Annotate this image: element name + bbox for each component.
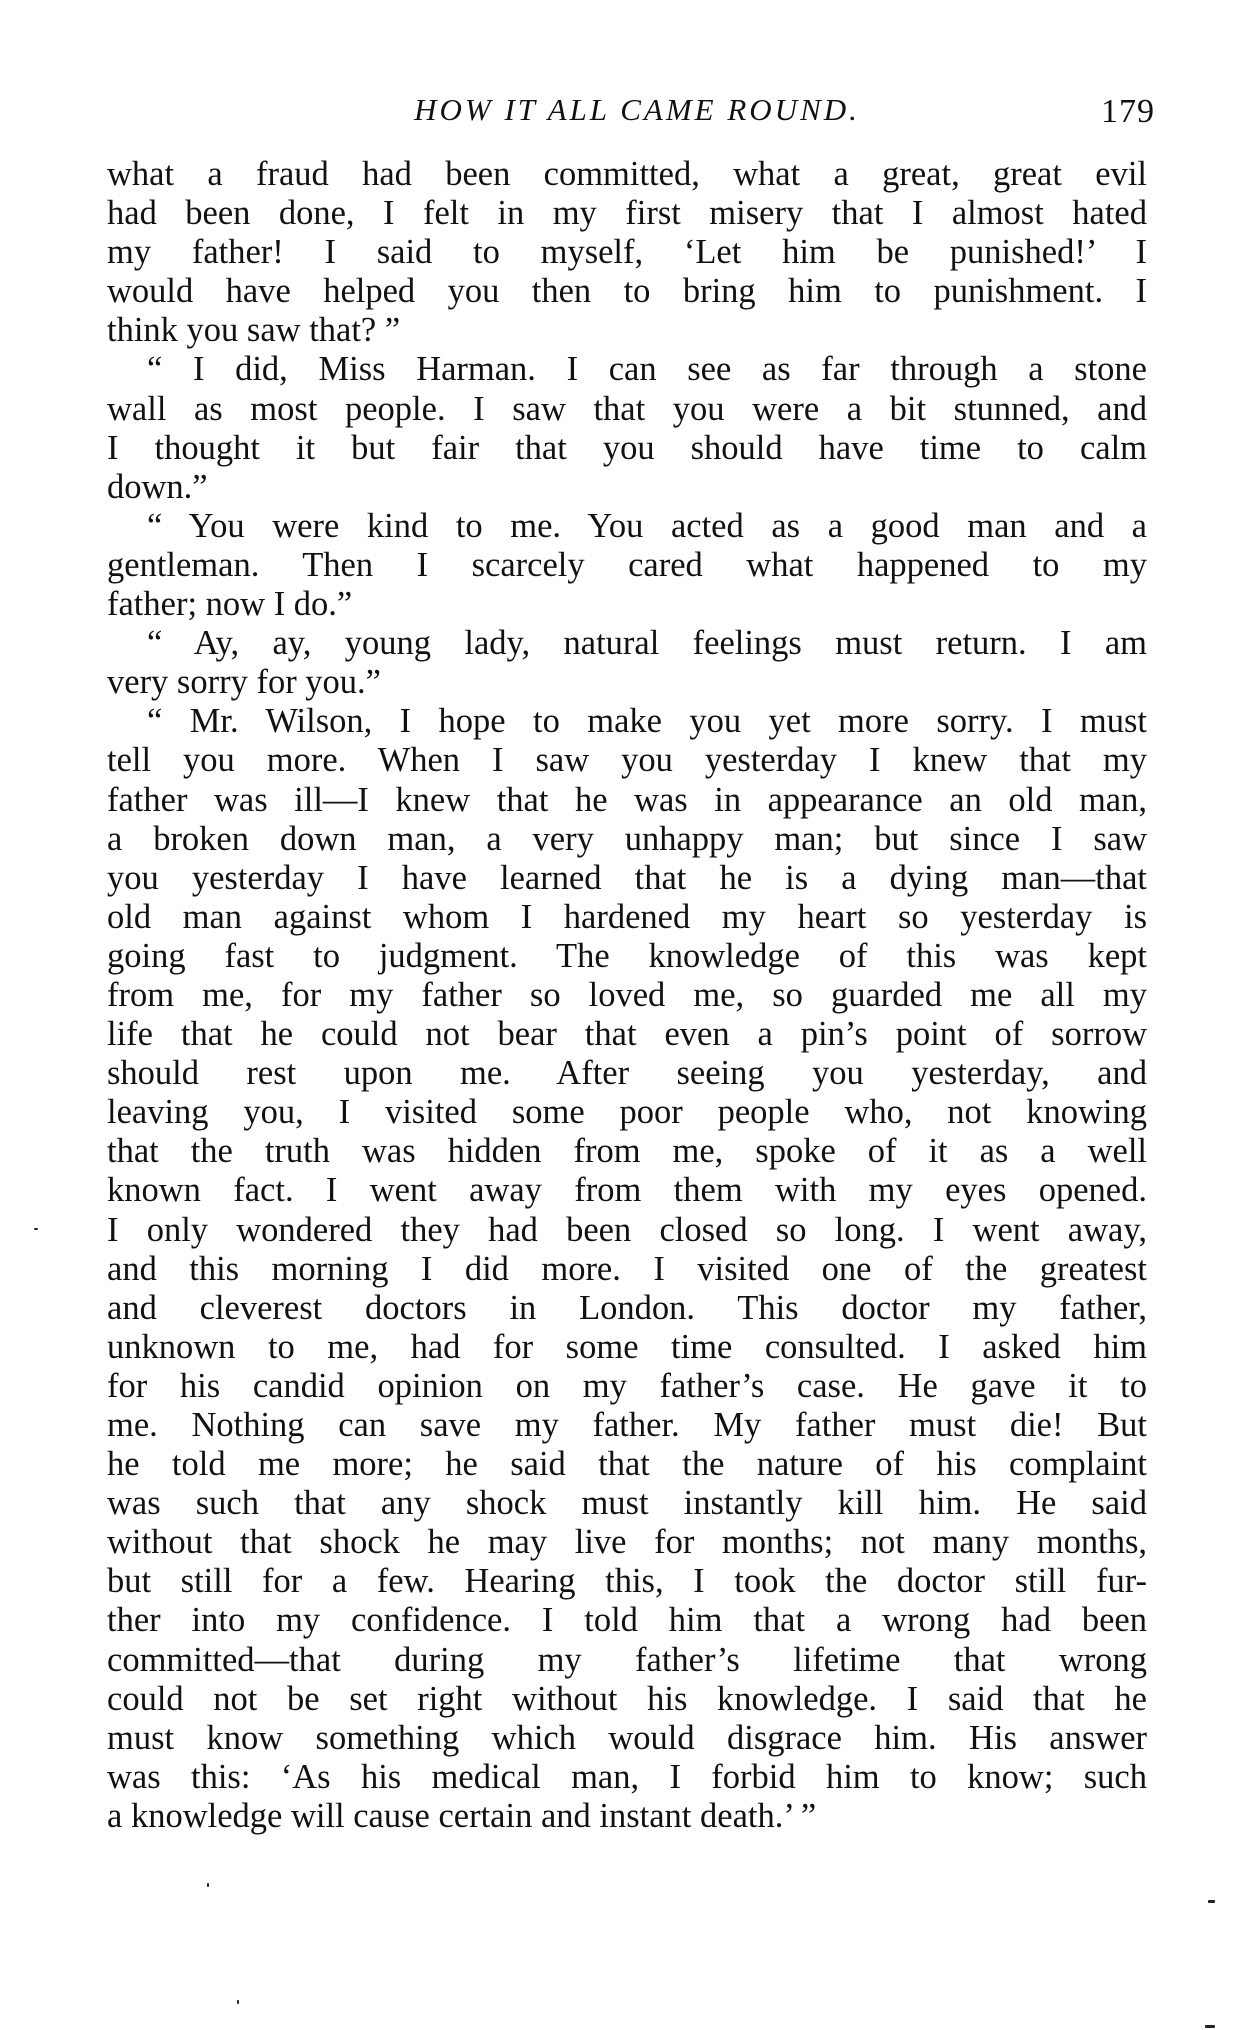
scan-speck — [207, 1883, 209, 1887]
text-line: known fact. I went away from them with m… — [107, 1171, 1147, 1210]
text-line: would have helped you then to bring him … — [107, 272, 1147, 311]
text-line: and cleverest doctors in London. This do… — [107, 1289, 1147, 1328]
text-line: had been done, I felt in my first misery… — [107, 194, 1147, 233]
text-line: me. Nothing can save my father. My fathe… — [107, 1406, 1147, 1445]
text-line: wall as most people. I saw that you were… — [107, 390, 1147, 429]
text-line: “ Ay, ay, young lady, natural feelings m… — [107, 624, 1147, 663]
text-line: life that he could not bear that even a … — [107, 1015, 1147, 1054]
scan-speck — [237, 2000, 239, 2004]
text-line: what a fraud had been committed, what a … — [107, 155, 1147, 194]
text-line: was this: ‘As his medical man, I forbid … — [107, 1758, 1147, 1797]
text-line: down.” — [107, 468, 1147, 507]
text-line: ther into my confidence. I told him that… — [107, 1601, 1147, 1640]
text-line: and this morning I did more. I visited o… — [107, 1250, 1147, 1289]
running-title: HOW IT ALL CAME ROUND. — [107, 88, 1147, 132]
text-line: I only wondered they had been closed so … — [107, 1211, 1147, 1250]
text-line: was such that any shock must instantly k… — [107, 1484, 1147, 1523]
page-number: 179 — [1101, 90, 1155, 134]
text-line: gentleman. Then I scarcely cared what ha… — [107, 546, 1147, 585]
text-line: I thought it but fair that you should ha… — [107, 429, 1147, 468]
text-line: very sorry for you.” — [107, 663, 1147, 702]
text-line: “ I did, Miss Harman. I can see as far t… — [107, 350, 1147, 389]
scan-speck — [1208, 1900, 1215, 1903]
text-line: “ You were kind to me. You acted as a go… — [107, 507, 1147, 546]
text-line: a broken down man, a very unhappy man; b… — [107, 820, 1147, 859]
text-line: from me, for my father so loved me, so g… — [107, 976, 1147, 1015]
text-line: father; now I do.” — [107, 585, 1147, 624]
text-line: unknown to me, had for some time consult… — [107, 1328, 1147, 1367]
text-line: committed—that during my father’s lifeti… — [107, 1641, 1147, 1680]
body-text: what a fraud had been committed, what a … — [107, 155, 1147, 1836]
book-page: HOW IT ALL CAME ROUND. 179 what a fraud … — [0, 0, 1239, 2030]
text-line: must know something which would disgrace… — [107, 1719, 1147, 1758]
text-line: tell you more. When I saw you yesterday … — [107, 741, 1147, 780]
text-line: think you saw that? ” — [107, 311, 1147, 350]
text-line: that the truth was hidden from me, spoke… — [107, 1132, 1147, 1171]
text-line: father was ill—I knew that he was in app… — [107, 781, 1147, 820]
text-line: could not be set right without his knowl… — [107, 1680, 1147, 1719]
text-line: a knowledge will cause certain and insta… — [107, 1797, 1147, 1836]
text-line: leaving you, I visited some poor people … — [107, 1093, 1147, 1132]
text-line: you yesterday I have learned that he is … — [107, 859, 1147, 898]
text-line: going fast to judgment. The knowledge of… — [107, 937, 1147, 976]
text-line: my father! I said to myself, ‘Let him be… — [107, 233, 1147, 272]
scan-speck — [34, 1228, 38, 1230]
scan-speck — [1205, 2025, 1215, 2028]
running-head: HOW IT ALL CAME ROUND. 179 — [107, 88, 1147, 132]
text-line: old man against whom I hardened my heart… — [107, 898, 1147, 937]
text-line: for his candid opinion on my father’s ca… — [107, 1367, 1147, 1406]
text-line: but still for a few. Hearing this, I too… — [107, 1562, 1147, 1601]
text-line: should rest upon me. After seeing you ye… — [107, 1054, 1147, 1093]
text-line: he told me more; he said that the nature… — [107, 1445, 1147, 1484]
text-line: “ Mr. Wilson, I hope to make you yet mor… — [107, 702, 1147, 741]
text-line: without that shock he may live for month… — [107, 1523, 1147, 1562]
